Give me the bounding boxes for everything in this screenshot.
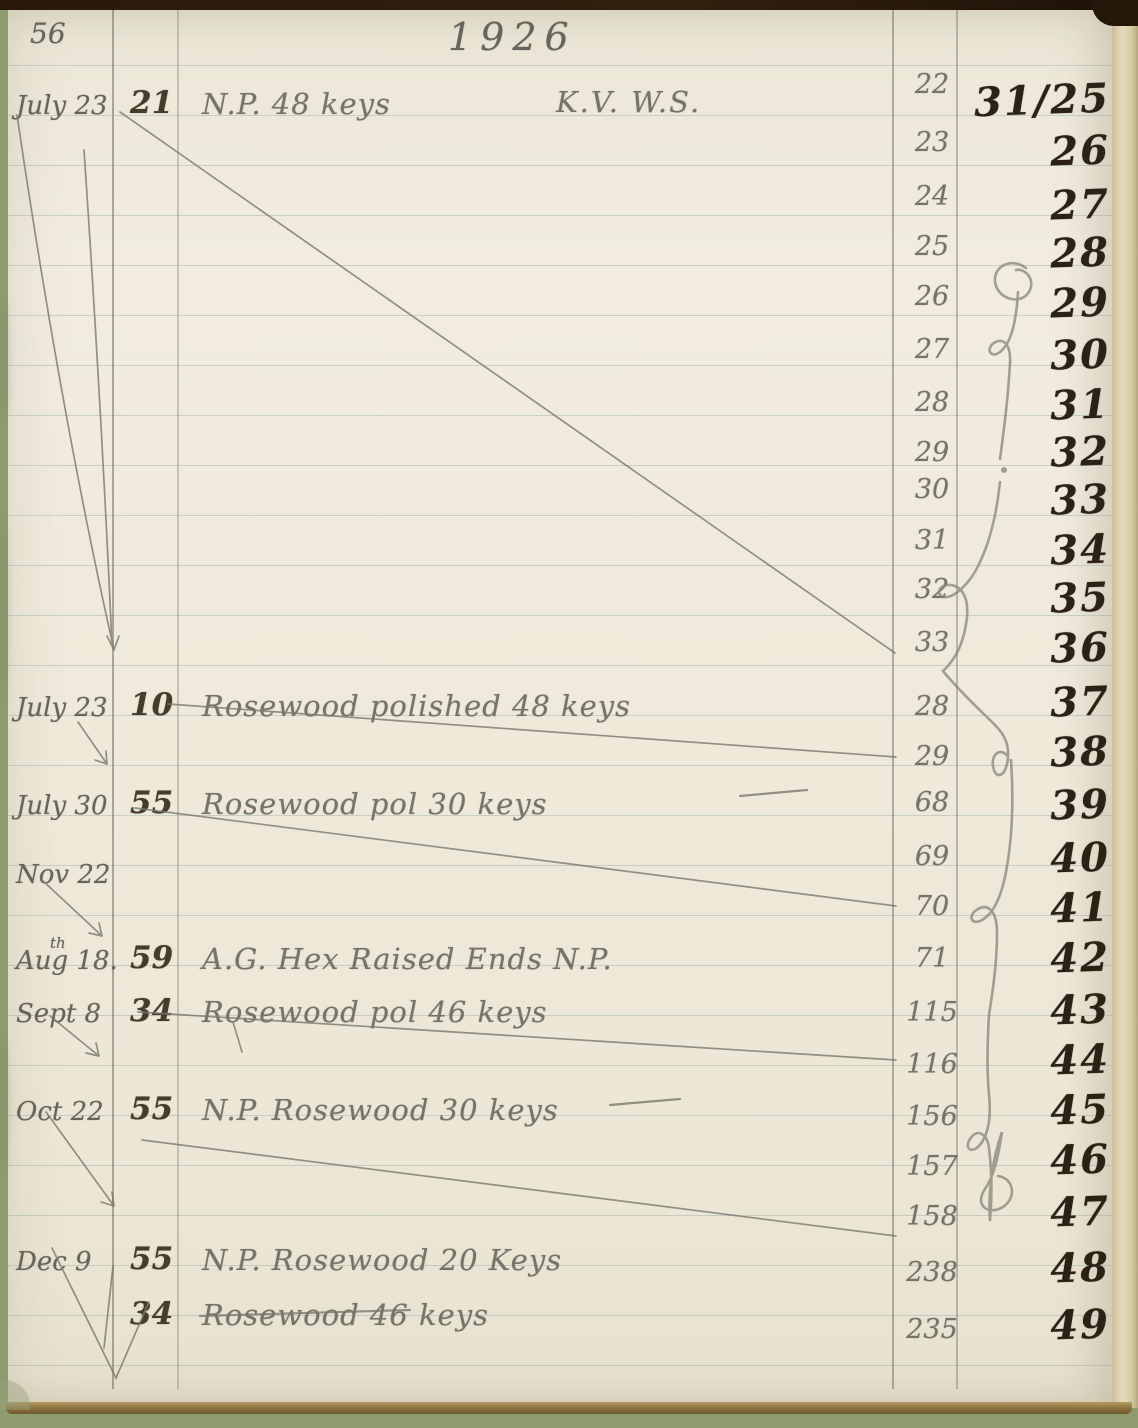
year-heading: 1926 xyxy=(448,15,577,59)
serial-ink: 31 xyxy=(965,381,1111,433)
serial-pencil: 26 xyxy=(906,281,958,312)
serial-pencil: 27 xyxy=(906,334,958,365)
entry-description: N.P. Rosewood 30 keys xyxy=(202,1093,559,1127)
entry-model-number: 21 xyxy=(130,85,173,121)
serial-pencil: 33 xyxy=(906,627,958,658)
serial-ink: 35 xyxy=(965,574,1111,626)
entry-model-number: 55 xyxy=(130,785,173,821)
entry-date: Sept 8 xyxy=(16,999,101,1029)
serial-pencil: 28 xyxy=(906,691,958,722)
serial-ink: 36 xyxy=(965,624,1111,676)
serial-pencil: 32 xyxy=(906,574,958,605)
entry-date: July 23 xyxy=(16,91,108,121)
serial-pencil: 157 xyxy=(906,1151,958,1182)
serial-pencil: 31 xyxy=(906,525,958,556)
margin-rule-left-1 xyxy=(112,9,114,1389)
entry-model-number: 34 xyxy=(130,993,173,1029)
entry-model-number: 10 xyxy=(130,687,173,723)
entry-date: Dec 9 xyxy=(16,1247,92,1277)
date-superscript: th xyxy=(50,934,66,952)
serial-ink: 39 xyxy=(965,781,1111,833)
ledger-page: 56 1926 July 2321N.P. 48 keysK.V. W.S.Ju… xyxy=(8,9,1112,1405)
serial-pencil: 69 xyxy=(906,841,958,872)
book-page-edge xyxy=(1112,8,1138,1408)
serial-pencil: 156 xyxy=(906,1101,958,1132)
serial-pencil: 71 xyxy=(906,943,958,974)
serial-ink: 28 xyxy=(965,229,1111,281)
entry-model-number: 55 xyxy=(130,1091,173,1127)
entry-description: N.P. 48 keys xyxy=(202,87,391,121)
serial-ink: 44 xyxy=(965,1036,1111,1088)
entry-date: July 23 xyxy=(16,693,108,723)
serial-ink: 45 xyxy=(965,1086,1111,1138)
showthrough-mark xyxy=(0,300,10,420)
serial-ink: 27 xyxy=(965,181,1111,233)
serial-pencil: 29 xyxy=(906,741,958,772)
serial-ink: 38 xyxy=(965,728,1111,780)
serial-column-rule-1 xyxy=(892,9,894,1389)
serial-ink: 26 xyxy=(965,127,1111,179)
serial-pencil: 22 xyxy=(906,69,958,100)
entry-description: Rosewood pol 46 keys xyxy=(202,995,548,1029)
serial-pencil: 23 xyxy=(906,127,958,158)
serial-ink: 43 xyxy=(965,986,1111,1038)
serial-ink: 40 xyxy=(965,834,1111,886)
serial-ink: 42 xyxy=(965,934,1111,986)
entry-date: Aug 18.th xyxy=(16,946,118,976)
serial-ink: 37 xyxy=(965,678,1111,730)
serial-ink: 33 xyxy=(965,476,1111,528)
serial-pencil: 116 xyxy=(906,1049,958,1080)
serial-pencil: 28 xyxy=(906,387,958,418)
entry-extra-note: K.V. W.S. xyxy=(556,85,701,119)
serial-ink: 29 xyxy=(965,279,1111,331)
serial-ink: 48 xyxy=(965,1244,1111,1296)
serial-ink: 30 xyxy=(965,331,1111,383)
entry-model-number: 34 xyxy=(130,1296,173,1332)
serial-pencil: 70 xyxy=(906,891,958,922)
entry-date: July 30 xyxy=(16,791,108,821)
entry-description: N.P. Rosewood 20 Keys xyxy=(202,1243,562,1277)
showthrough-mark xyxy=(0,1040,10,1170)
entry-date: Oct 22 xyxy=(16,1097,104,1127)
entry-model-number: 59 xyxy=(130,940,173,976)
serial-ink: 47 xyxy=(965,1188,1111,1240)
entry-date: Nov 22 xyxy=(16,860,110,890)
serial-pencil: 68 xyxy=(906,787,958,818)
entry-description: Rosewood pol 30 keys xyxy=(202,787,548,821)
serial-pencil: 235 xyxy=(906,1314,958,1345)
margin-rule-left-2 xyxy=(177,9,179,1389)
showthrough-mark xyxy=(0,520,9,700)
serial-ink: 46 xyxy=(965,1136,1111,1188)
entry-description: A.G. Hex Raised Ends N.P. xyxy=(202,942,613,976)
scanned-ledger-photo: 56 1926 July 2321N.P. 48 keysK.V. W.S.Ju… xyxy=(0,0,1138,1428)
entry-description: Rosewood polished 48 keys xyxy=(202,689,631,723)
page-number: 56 xyxy=(30,17,66,50)
serial-pencil: 30 xyxy=(906,474,958,505)
serial-ink: 32 xyxy=(965,428,1111,480)
entry-description: Rosewood 46 keys xyxy=(202,1298,489,1332)
serial-ink: 34 xyxy=(965,526,1111,578)
serial-pencil: 25 xyxy=(906,231,958,262)
serial-ink: 49 xyxy=(965,1301,1111,1353)
binding-top-edge xyxy=(0,0,1138,10)
entry-model-number: 55 xyxy=(130,1241,173,1277)
page-bottom-edge xyxy=(6,1402,1132,1414)
serial-pencil: 238 xyxy=(906,1257,958,1288)
serial-ink: 31/25 xyxy=(965,75,1111,127)
serial-pencil: 29 xyxy=(906,437,958,468)
serial-pencil: 24 xyxy=(906,181,958,212)
serial-pencil: 115 xyxy=(906,997,958,1028)
serial-pencil: 158 xyxy=(906,1201,958,1232)
serial-ink: 41 xyxy=(965,884,1111,936)
